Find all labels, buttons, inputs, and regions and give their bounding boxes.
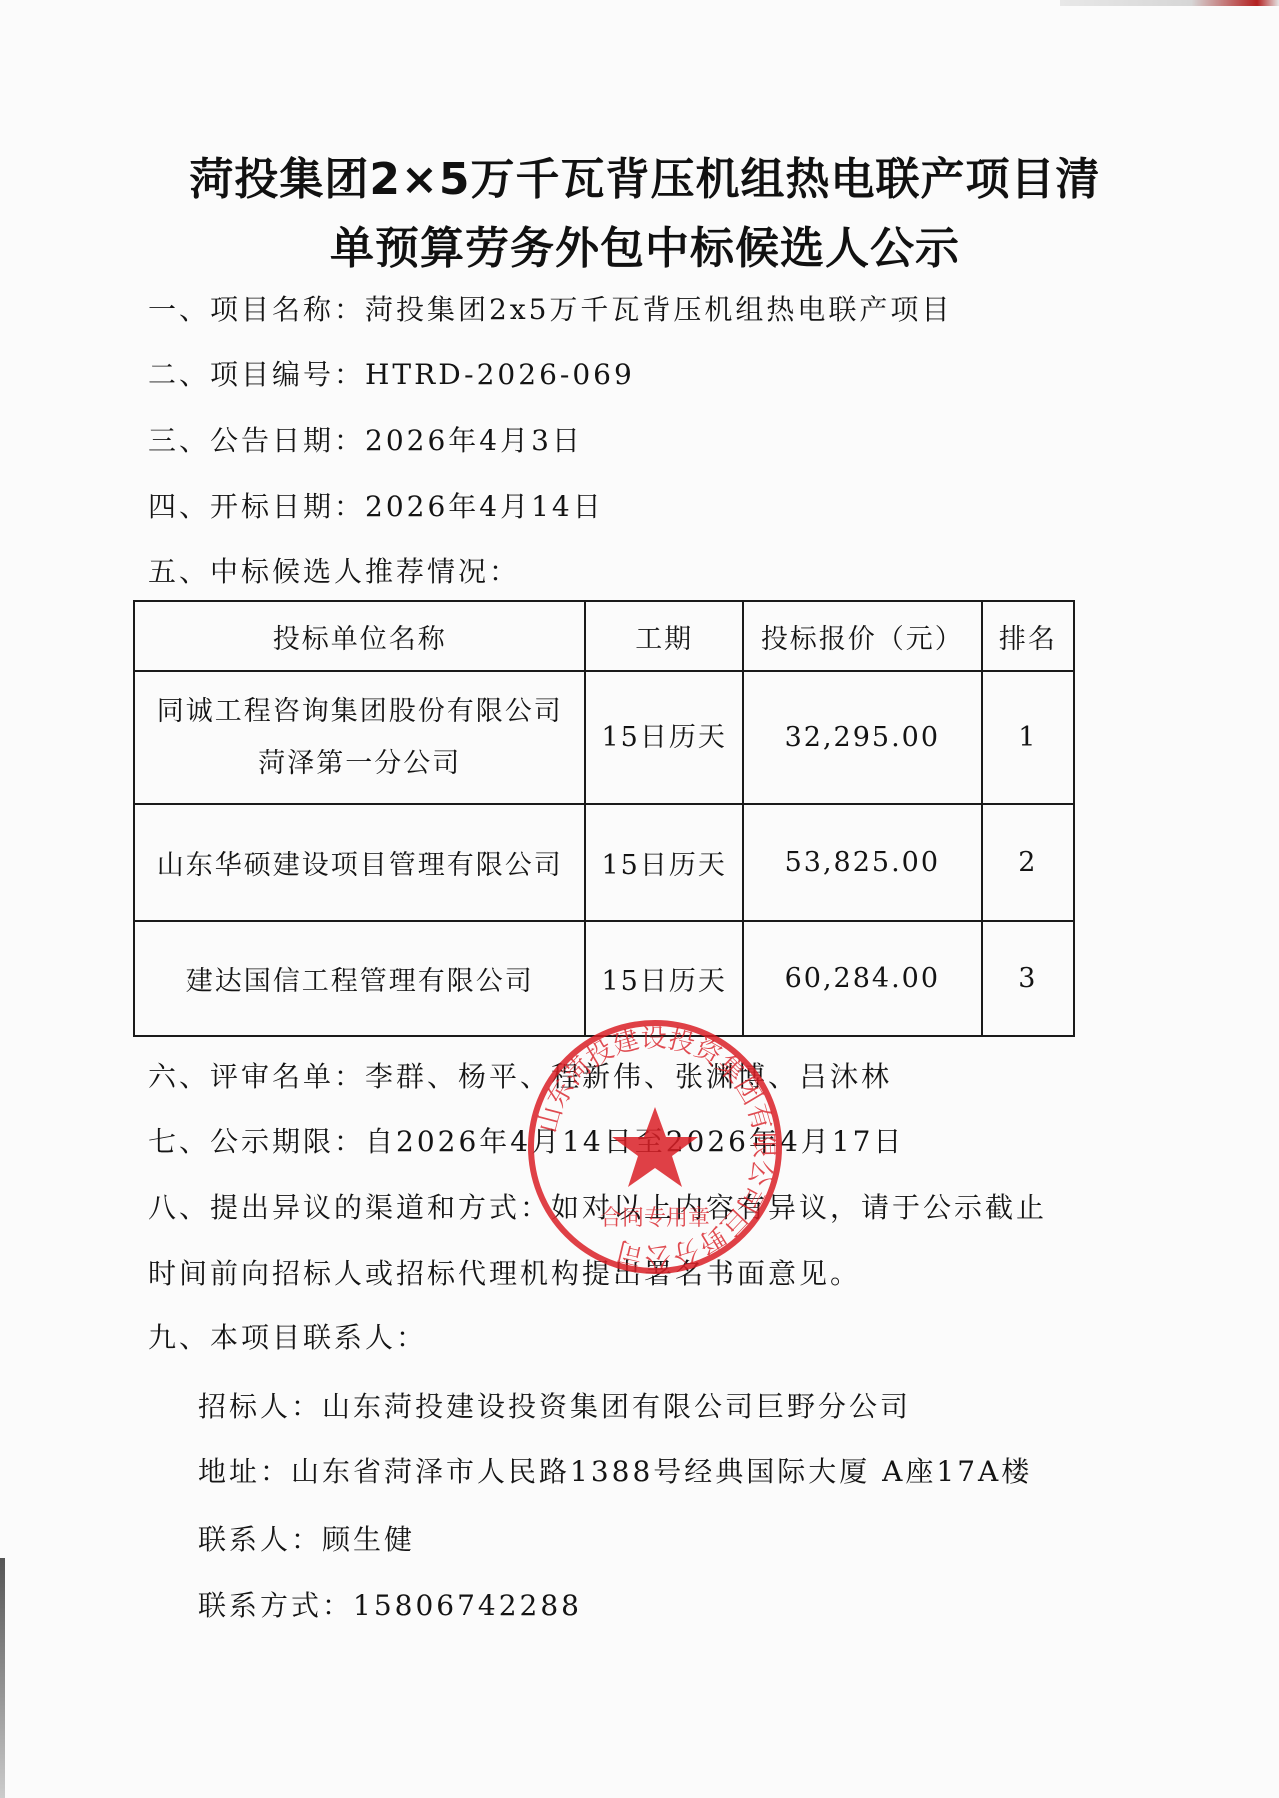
- item-project-name: 一、项目名称：菏投集团2x5万千瓦背压机组热电联产项目: [148, 288, 952, 328]
- bid-price: 32,295.00: [743, 671, 982, 804]
- document-title-line2: 单预算劳务外包中标候选人公示: [150, 212, 1140, 276]
- bid-rank: 2: [982, 804, 1074, 921]
- bid-rank: 1: [982, 671, 1074, 804]
- item-value: 李群、杨平、程新伟、张渊博、吕沐林: [365, 1060, 892, 1093]
- item-value: 菏投集团2x5万千瓦背压机组热电联产项目: [365, 293, 952, 326]
- item-opening-date: 四、开标日期：2026年4月14日: [148, 485, 604, 525]
- item-value: HTRD-2026-069: [365, 358, 635, 391]
- item-candidates-heading: 五、中标候选人推荐情况：: [148, 550, 520, 590]
- item-value: 2026年4月3日: [365, 424, 583, 457]
- contact-person: 联系人：顾生健: [198, 1518, 415, 1558]
- scan-edge-mark: [1060, 0, 1279, 6]
- table-header-row: 投标单位名称 工期 投标报价（元） 排名: [134, 601, 1074, 671]
- contact-phone: 联系方式：15806742288: [198, 1584, 582, 1624]
- item-objection-line1: 八、提出异议的渠道和方式：如对以上内容有异议，请于公示截止: [148, 1186, 1047, 1226]
- item-value: 2026年4月14日: [365, 490, 604, 523]
- contact-tenderer: 招标人：山东菏投建设投资集团有限公司巨野分公司: [198, 1385, 911, 1425]
- candidates-table: 投标单位名称 工期 投标报价（元） 排名 同诚工程咨询集团股份有限公司菏泽第一分…: [133, 600, 1075, 1037]
- item-contact-heading: 九、本项目联系人：: [148, 1316, 427, 1356]
- bidder-name-line2: 菏泽第一分公司: [141, 738, 578, 790]
- contact-address: 地址：山东省菏泽市人民路1388号经典国际大厦 A座17A楼: [198, 1450, 1032, 1490]
- header-period: 工期: [585, 601, 743, 671]
- header-bidder: 投标单位名称: [134, 601, 585, 671]
- header-rank: 排名: [982, 601, 1074, 671]
- item-label: 七、公示期限：: [148, 1125, 365, 1158]
- item-label: 六、评审名单：: [148, 1060, 365, 1093]
- document-page: 菏投集团2×5万千瓦背压机组热电联产项目清 单预算劳务外包中标候选人公示 一、项…: [0, 0, 1279, 1798]
- bid-period: 15日历天: [585, 804, 743, 921]
- header-price: 投标报价（元）: [743, 601, 982, 671]
- item-label: 三、公告日期：: [148, 424, 365, 457]
- table-row: 山东华硕建设项目管理有限公司 15日历天 53,825.00 2: [134, 804, 1074, 921]
- item-label: 四、开标日期：: [148, 490, 365, 523]
- item-label: 五、中标候选人推荐情况：: [148, 555, 520, 588]
- item-announce-date: 三、公告日期：2026年4月3日: [148, 419, 583, 459]
- item-publicity-period: 七、公示期限：自2026年4月14日至2026年4月17日: [148, 1120, 904, 1160]
- bidder-name: 同诚工程咨询集团股份有限公司菏泽第一分公司: [134, 671, 585, 804]
- bid-period: 15日历天: [585, 671, 743, 804]
- item-objection-line2: 时间前向招标人或招标代理机构提出署名书面意见。: [148, 1252, 861, 1292]
- bidder-name: 建达国信工程管理有限公司: [134, 921, 585, 1036]
- document-title-line1: 菏投集团2×5万千瓦背压机组热电联产项目清: [150, 143, 1140, 207]
- table-row: 建达国信工程管理有限公司 15日历天 60,284.00 3: [134, 921, 1074, 1036]
- item-label: 一、项目名称：: [148, 293, 365, 326]
- table-row: 同诚工程咨询集团股份有限公司菏泽第一分公司 15日历天 32,295.00 1: [134, 671, 1074, 804]
- bid-rank: 3: [982, 921, 1074, 1036]
- scan-edge-shadow: [0, 1558, 5, 1798]
- bid-period: 15日历天: [585, 921, 743, 1036]
- bidder-name-line1: 同诚工程咨询集团股份有限公司: [141, 686, 578, 738]
- bidder-name: 山东华硕建设项目管理有限公司: [134, 804, 585, 921]
- item-label: 二、项目编号：: [148, 358, 365, 391]
- item-value: 自2026年4月14日至2026年4月17日: [365, 1125, 904, 1158]
- item-review-list: 六、评审名单：李群、杨平、程新伟、张渊博、吕沐林: [148, 1055, 892, 1095]
- bid-price: 60,284.00: [743, 921, 982, 1036]
- bid-price: 53,825.00: [743, 804, 982, 921]
- item-project-number: 二、项目编号：HTRD-2026-069: [148, 353, 635, 393]
